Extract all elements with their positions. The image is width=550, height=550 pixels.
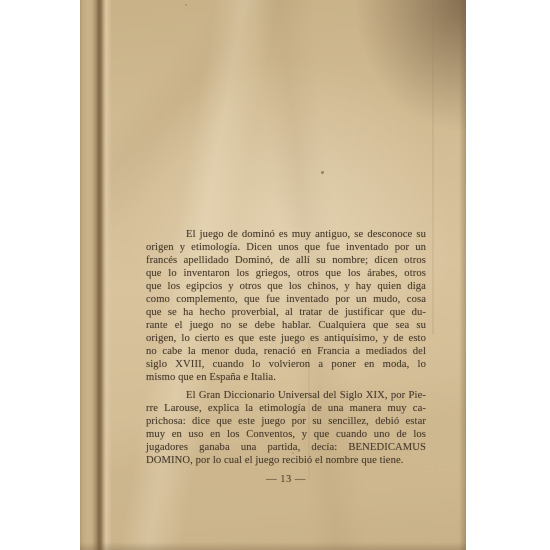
paper-speck bbox=[185, 4, 187, 6]
text-line: DOMINO, por lo cual el juego recibió el … bbox=[146, 454, 426, 467]
paper-speck bbox=[321, 171, 324, 174]
text-line: que lo inventaron los griegos, otros que… bbox=[146, 267, 426, 280]
paragraph-larousse-etymology: El Gran Diccionario Universal del Siglo … bbox=[146, 389, 426, 467]
text-line: muy en uso en los Conventos, y que cuand… bbox=[146, 428, 426, 441]
text-line: origen y etimología. Dicen unos que fue … bbox=[146, 241, 426, 254]
text-line: El Gran Diccionario Universal del Siglo … bbox=[146, 389, 426, 402]
book-scan: El juego de dominó es muy antiguo, se de… bbox=[0, 0, 550, 550]
book-page: El juego de dominó es muy antiguo, se de… bbox=[80, 0, 466, 550]
page-bottom-edge bbox=[80, 542, 466, 550]
text-line: El juego de dominó es muy antiguo, se de… bbox=[146, 228, 426, 241]
text-line: francés apellidado Dominó, de allí su no… bbox=[146, 254, 426, 267]
page-text-block: El juego de dominó es muy antiguo, se de… bbox=[146, 228, 426, 486]
paper-crease bbox=[432, 0, 434, 335]
page-right-edge bbox=[459, 0, 466, 550]
text-line: que los egipcios y otros que los chinos,… bbox=[146, 280, 426, 293]
paragraph-domino-history: El juego de dominó es muy antiguo, se de… bbox=[146, 228, 426, 384]
top-right-corner-shadow bbox=[356, 0, 466, 130]
text-line: siglo XVIII, cuando lo volvieron a poner… bbox=[146, 358, 426, 371]
text-line: que se ha hecho proverbial, al tratar de… bbox=[146, 306, 426, 319]
text-line: jugadores ganaba una partida, decía: BEN… bbox=[146, 441, 426, 454]
text-line: origen, lo cierto es que este juego es a… bbox=[146, 332, 426, 345]
text-line: como complemento, que fue inventado por … bbox=[146, 293, 426, 306]
text-line: no cabe la menor duda, renació en Franci… bbox=[146, 345, 426, 358]
page-number: — 13 — bbox=[146, 473, 426, 486]
text-line: prichosa: dice que este juego por su sen… bbox=[146, 415, 426, 428]
text-line: rre Larouse, explica la etimología de un… bbox=[146, 402, 426, 415]
text-line: mismo que en España e Italia. bbox=[146, 371, 426, 384]
binding-gutter-shadow bbox=[80, 0, 112, 550]
text-line: rante el juego no se debe hablar. Cualqu… bbox=[146, 319, 426, 332]
